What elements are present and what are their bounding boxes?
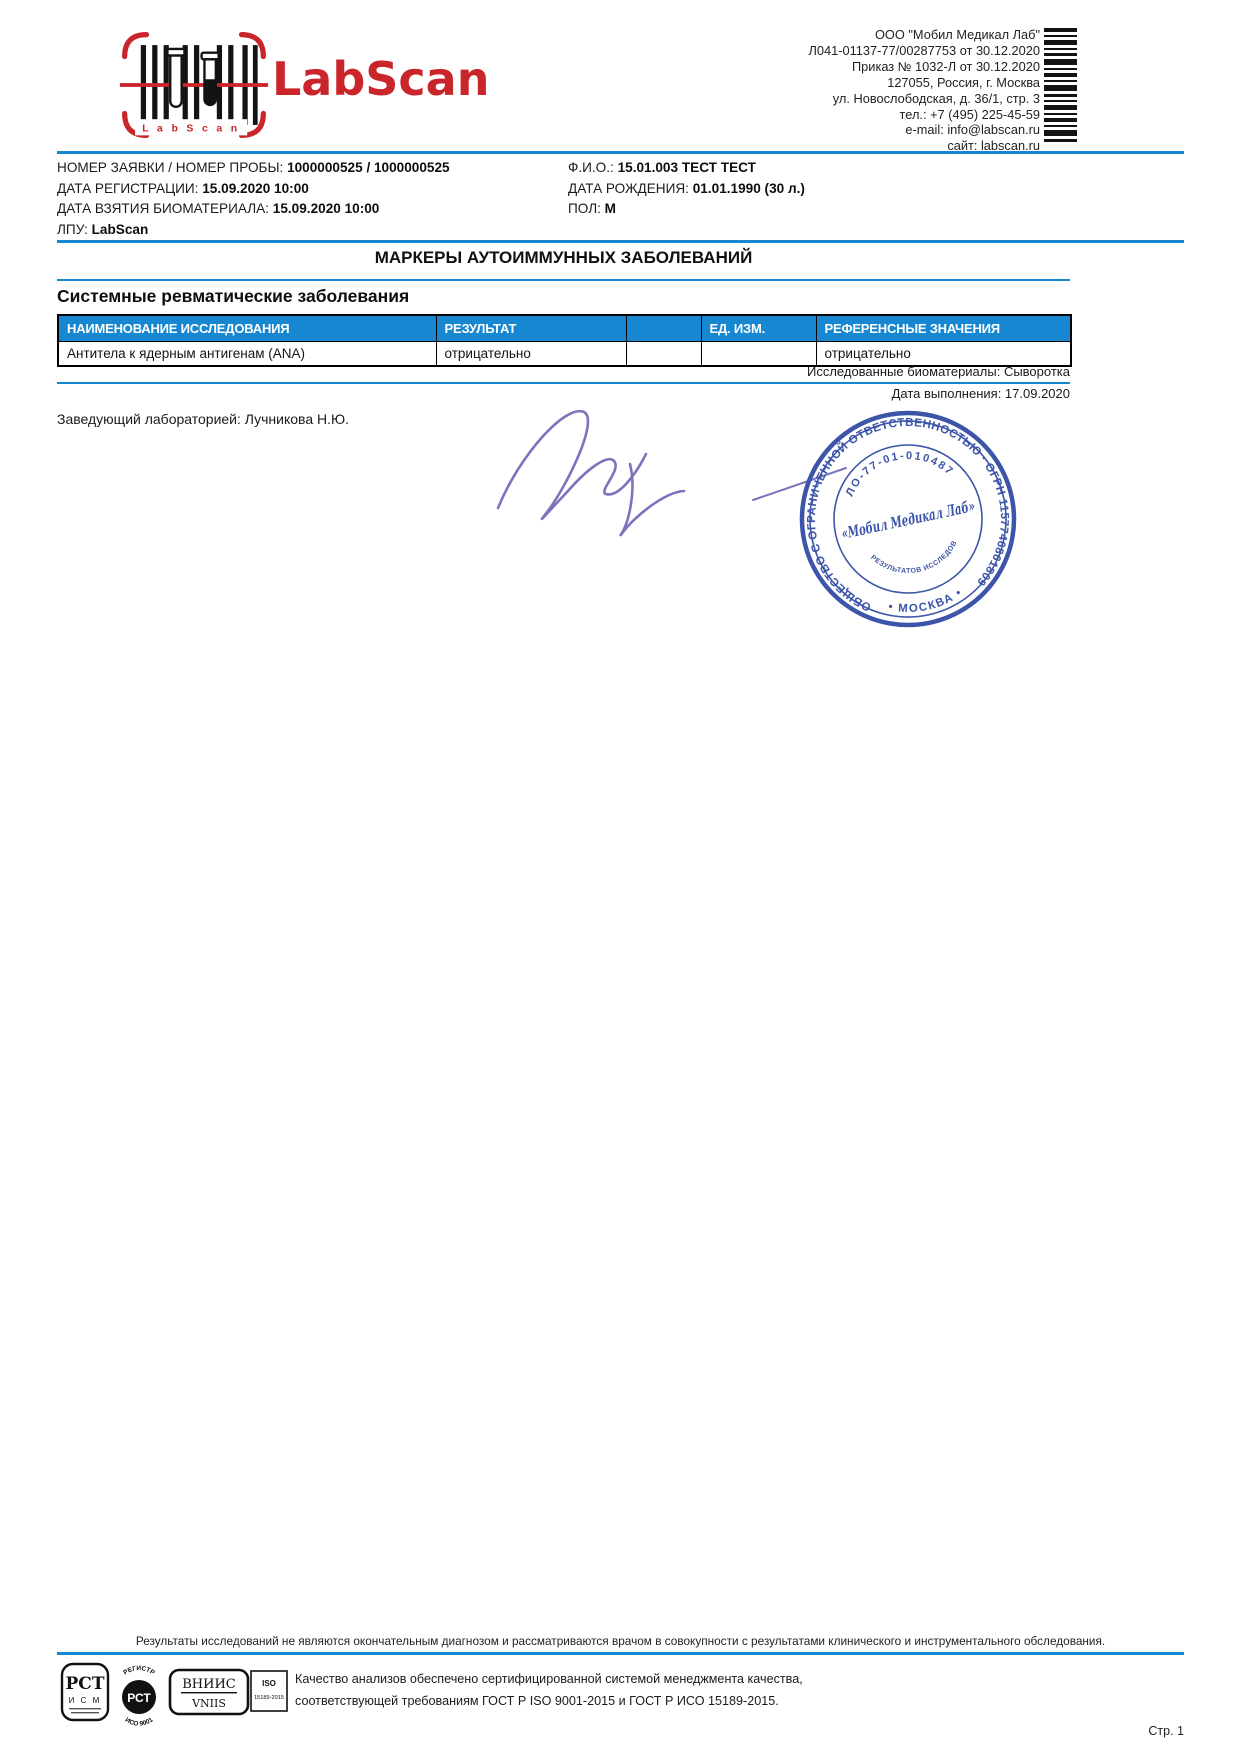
quality-statement: Качество анализов обеспечено сертифициро… [295, 1668, 803, 1712]
iso-label: ISO [262, 1679, 276, 1688]
request-number-label: НОМЕР ЗАЯВКИ / НОМЕР ПРОБЫ: [57, 160, 283, 175]
divider-title [57, 279, 1070, 281]
svg-text:ЛО-77-01-010487: ЛО-77-01-010487 [838, 439, 958, 500]
vniis-ru: ВНИИС [182, 1677, 236, 1692]
labscan-barcode-logo-icon: L a b S c a n [118, 26, 270, 144]
rst2-letters: РСТ [127, 1691, 151, 1705]
rst1-ism: И С М [69, 1696, 102, 1705]
iso-cert-icon: ISO 15189-2015 [250, 1670, 288, 1712]
lpu-value: LabScan [92, 222, 149, 237]
quality-line-1: Качество анализов обеспечено сертифициро… [295, 1668, 803, 1690]
company-info-block: ООО "Мобил Медикал Лаб" Л041-01137-77/00… [809, 27, 1041, 154]
cell-test-name: Антитела к ядерным антигенам (ANA) [58, 342, 436, 367]
biomaterial-date-label: ДАТА ВЗЯТИЯ БИОМАТЕРИАЛА: [57, 201, 269, 216]
svg-text:РЕГИСТР: РЕГИСТР [122, 1665, 156, 1677]
request-number-row: НОМЕР ЗАЯВКИ / НОМЕР ПРОБЫ: 1000000525 /… [57, 158, 450, 179]
lpu-row: ЛПУ: LabScan [57, 220, 450, 241]
fio-label: Ф.И.О.: [568, 160, 614, 175]
results-table-header-row: НАИМЕНОВАНИЕ ИССЛЕДОВАНИЯ РЕЗУЛЬТАТ ЕД. … [58, 315, 1071, 342]
col-result: РЕЗУЛЬТАТ [436, 315, 626, 342]
fio-value: 15.01.003 ТЕСТ ТЕСТ [618, 160, 756, 175]
page-number: Стр. 1 [1148, 1724, 1184, 1738]
round-stamp-icon: ОБЩЕСТВО С ОГРАНИЧЕННОЙ ОТВЕТСТВЕННОСТЬЮ… [778, 404, 1040, 636]
rst1-letters: РСТ [66, 1674, 105, 1694]
birthdate-row: ДАТА РОЖДЕНИЯ: 01.01.1990 (30 л.) [568, 179, 805, 200]
birthdate-label: ДАТА РОЖДЕНИЯ: [568, 181, 689, 196]
registration-date-row: ДАТА РЕГИСТРАЦИИ: 15.09.2020 10:00 [57, 179, 450, 200]
iso-number: 15189-2015 [254, 1695, 284, 1701]
sex-value: М [605, 201, 616, 216]
col-test-name: НАИМЕНОВАНИЕ ИССЛЕДОВАНИЯ [58, 315, 436, 342]
divider-header [57, 151, 1184, 154]
biomaterial-note: Исследованные биоматериалы: Сыворотка [57, 364, 1070, 379]
biomaterial-date-value: 15.09.2020 10:00 [273, 201, 380, 216]
table-row: Антитела к ядерным антигенам (ANA) отриц… [58, 342, 1071, 367]
vniis-en: VNIIS [191, 1697, 226, 1710]
divider-biomaterial [57, 382, 1070, 384]
registration-date-value: 15.09.2020 10:00 [202, 181, 309, 196]
registration-date-label: ДАТА РЕГИСТРАЦИИ: [57, 181, 198, 196]
sex-label: ПОЛ: [568, 201, 601, 216]
cell-result: отрицательно [436, 342, 626, 367]
section-title: Системные ревматические заболевания [57, 286, 409, 307]
company-street: ул. Новослободская, д. 36/1, стр. 3 [809, 91, 1041, 107]
company-city: 127055, Россия, г. Москва [809, 75, 1041, 91]
company-email: e-mail: info@labscan.ru [809, 122, 1041, 138]
birthdate-value: 01.01.1990 (30 л.) [693, 181, 805, 196]
stamp-license-number: ЛО-77-01-010487 [838, 439, 958, 500]
company-phone: тел.: +7 (495) 225-45-59 [809, 107, 1041, 123]
request-number-value: 1000000525 / 1000000525 [287, 160, 450, 175]
report-title: МАРКЕРЫ АУТОИММУННЫХ ЗАБОЛЕВАНИЙ [57, 248, 1070, 268]
lpu-label: ЛПУ: [57, 222, 88, 237]
company-name: ООО "Мобил Медикал Лаб" [809, 27, 1041, 43]
company-order: Приказ № 1032-Л от 30.12.2020 [809, 59, 1041, 75]
barcode-icon [1044, 28, 1077, 142]
col-flag [626, 315, 701, 342]
cell-flag [626, 342, 701, 367]
logo-caption: L a b S c a n [142, 124, 240, 135]
lab-report-page: L a b S c a n LabScan ООО "Мобил Медикал… [0, 0, 1241, 1755]
rst-ism-cert-icon: РСТ И С М [60, 1662, 110, 1724]
svg-text:ИСО 9001: ИСО 9001 [124, 1716, 155, 1727]
patient-info-left: НОМЕР ЗАЯВКИ / НОМЕР ПРОБЫ: 1000000525 /… [57, 158, 450, 240]
vniis-cert-icon: ВНИИС VNIIS [168, 1668, 250, 1716]
lab-head-line: Заведующий лабораторией: Лучникова Н.Ю. [57, 411, 349, 427]
divider-footer [57, 1652, 1184, 1655]
col-unit: ЕД. ИЗМ. [701, 315, 816, 342]
rst-register-cert-icon: РЕГИСТР РСТ ИСО 9001 [112, 1664, 166, 1728]
rst2-bottom-text: ИСО 9001 [124, 1716, 155, 1727]
brand-name: LabScan [272, 52, 489, 106]
quality-line-2: соответствующей требованиям ГОСТ Р ISO 9… [295, 1690, 803, 1712]
rst2-top-text: РЕГИСТР [122, 1665, 156, 1677]
biomaterial-date-row: ДАТА ВЗЯТИЯ БИОМАТЕРИАЛА: 15.09.2020 10:… [57, 199, 450, 220]
footer-disclaimer: Результаты исследований не являются окон… [57, 1634, 1184, 1648]
results-table: НАИМЕНОВАНИЕ ИССЛЕДОВАНИЯ РЕЗУЛЬТАТ ЕД. … [57, 314, 1072, 367]
divider-patient [57, 240, 1184, 243]
cell-unit [701, 342, 816, 367]
sex-row: ПОЛ: М [568, 199, 805, 220]
col-reference: РЕФЕРЕНСНЫЕ ЗНАЧЕНИЯ [816, 315, 1071, 342]
stamp-center-text: «Мобил Медикал Лаб» [840, 496, 977, 543]
fio-row: Ф.И.О.: 15.01.003 ТЕСТ ТЕСТ [568, 158, 805, 179]
patient-info-right: Ф.И.О.: 15.01.003 ТЕСТ ТЕСТ ДАТА РОЖДЕНИ… [568, 158, 805, 220]
cell-reference: отрицательно [816, 342, 1071, 367]
company-license: Л041-01137-77/00287753 от 30.12.2020 [809, 43, 1041, 59]
